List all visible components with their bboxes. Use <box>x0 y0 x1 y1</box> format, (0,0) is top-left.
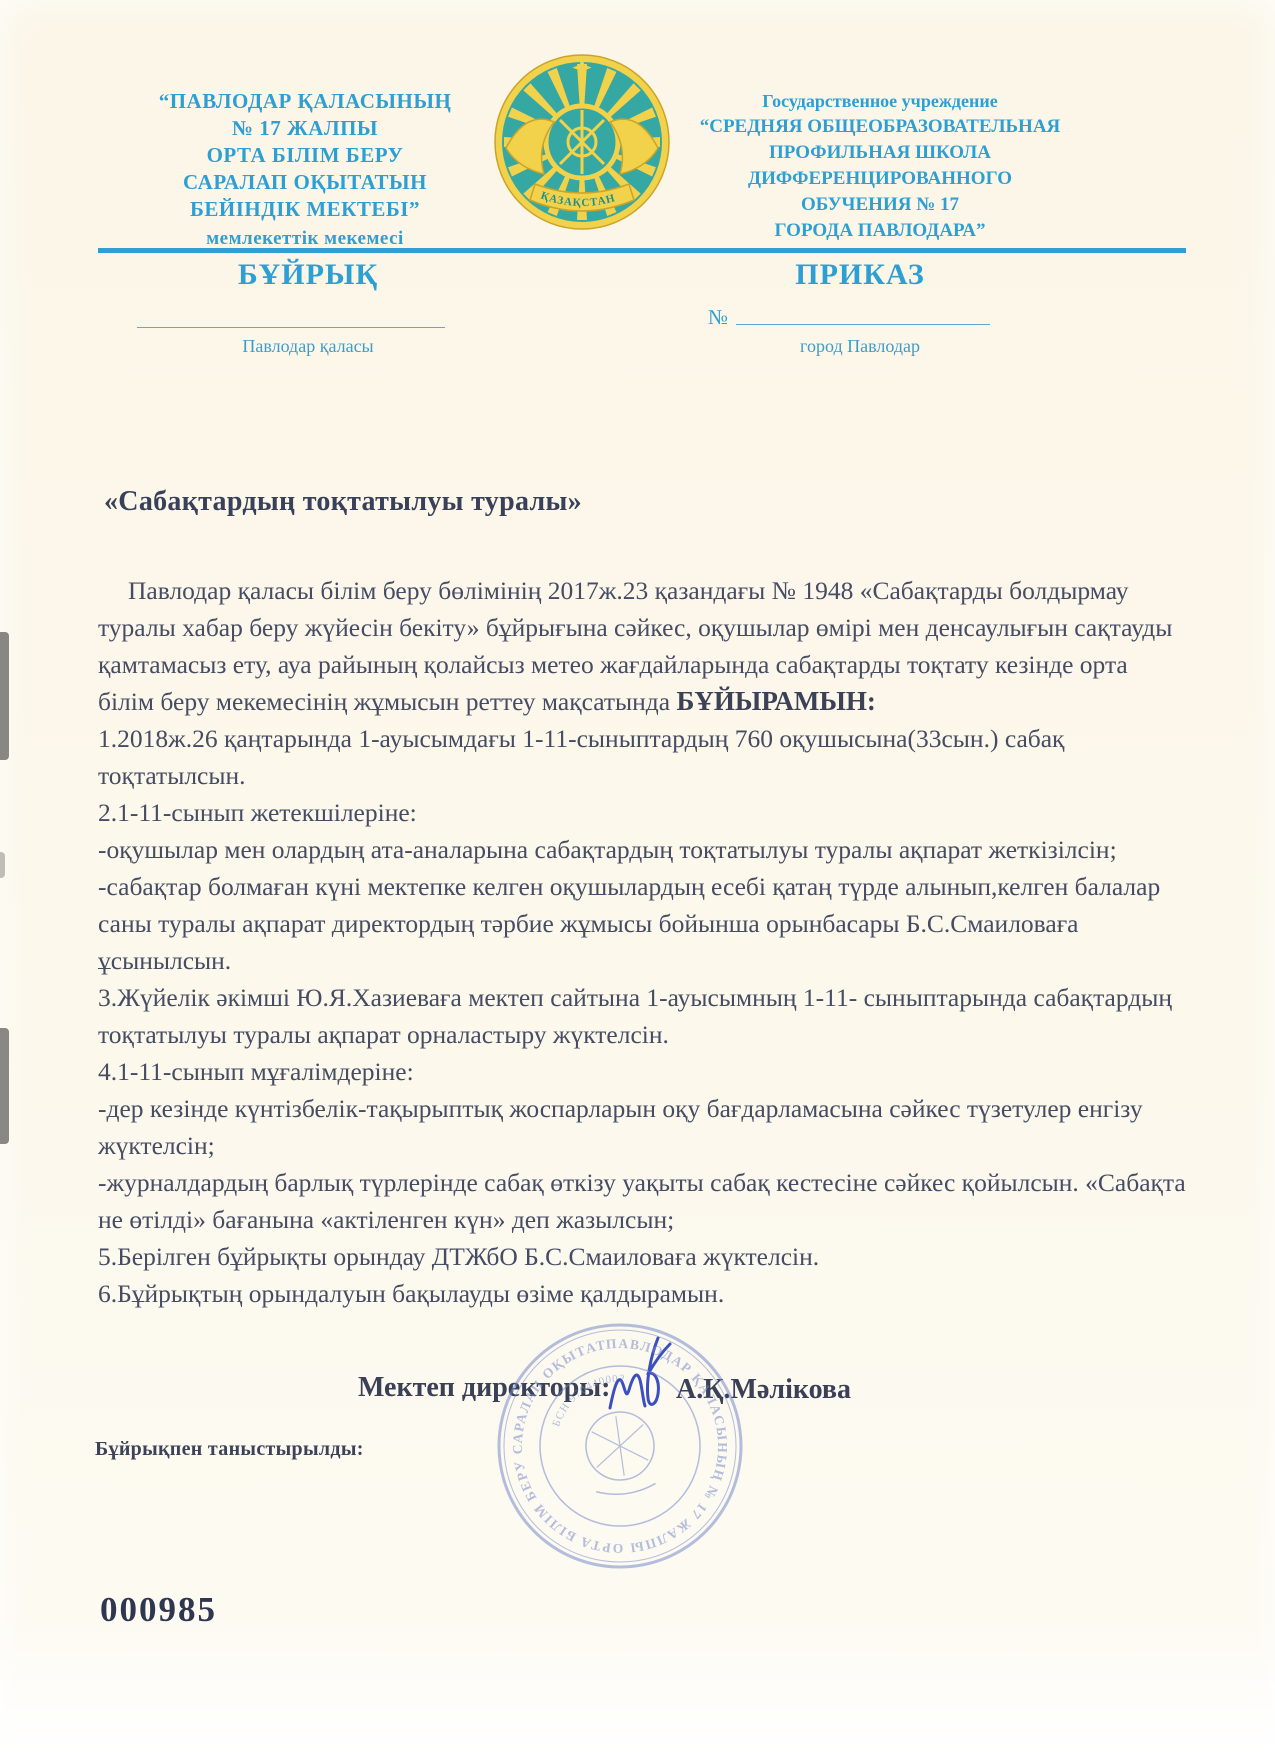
order-item: 4.1-11-сынып мұғалімдеріне: <box>98 1053 1190 1090</box>
letterhead-russian-line: “СРЕДНЯЯ ОБЩЕОБРАЗОВАТЕЛЬНАЯ <box>660 114 1100 140</box>
header-divider <box>98 248 1186 253</box>
signature-label: Мектеп директоры: <box>358 1372 611 1404</box>
order-item: 3.Жүйелік әкімші Ю.Я.Хазиеваға мектеп са… <box>98 979 1190 1053</box>
letterhead-russian-line: ГОРОДА ПАВЛОДАРА” <box>660 218 1100 244</box>
order-item: -журналдардың барлық түрлерінде сабақ өт… <box>98 1164 1190 1238</box>
letterhead-kazakh-line: № 17 ЖАЛПЫ <box>110 115 500 142</box>
document-title: «Сабақтардың тоқтатылуы туралы» <box>104 486 582 518</box>
order-item: 6.Бұйрықтың орындалуын бақылауды өзіме қ… <box>98 1275 1190 1312</box>
letterhead-russian-line: ДИФФЕРЕНЦИРОВАННОГО <box>660 166 1100 192</box>
place-russian: город Павлодар <box>700 336 1020 357</box>
order-item: -сабақтар болмаған күні мектепке келген … <box>98 868 1190 979</box>
order-item: 1.2018ж.26 қаңтарында 1-ауысымдағы 1-11-… <box>98 720 1190 794</box>
signature-row: Мектеп директоры: А.Қ.Мәлікова <box>0 1372 1275 1432</box>
handwritten-signature <box>600 1330 680 1430</box>
order-item: -дер кезінде күнтізбелік-тақырыптық жосп… <box>98 1090 1190 1164</box>
letterhead-kazakh-line: ОРТА БІЛІМ БЕРУ <box>110 142 500 169</box>
form-number: 000985 <box>100 1590 217 1630</box>
intro-directive: БҰЙЫРАМЫН: <box>676 686 875 716</box>
order-number-label: № <box>708 305 728 330</box>
letterhead-russian-line: Государственное учреждение <box>660 88 1100 114</box>
letterhead-russian-line: ПРОФИЛЬНАЯ ШКОЛА <box>660 140 1100 166</box>
order-heading-kazakh: БҰЙРЫҚ <box>98 258 518 292</box>
letterhead-russian: Государственное учреждение “СРЕДНЯЯ ОБЩЕ… <box>660 88 1100 244</box>
director-name: А.Қ.Мәлікова <box>676 1374 851 1406</box>
intro-paragraph: Павлодар қаласы білім беру бөлімінің 201… <box>98 572 1190 720</box>
letterhead-kazakh-line: БЕЙІНДІК МЕКТЕБІ” <box>110 196 500 223</box>
order-item: 2.1-11-сынып жетекшілеріне: <box>98 794 1190 831</box>
acknowledgement-label: Бұйрықпен таныстырылды: <box>95 1438 364 1461</box>
letterhead-russian-line: ОБУЧЕНИЯ № 17 <box>660 192 1100 218</box>
scan-edge-artifact <box>0 632 9 760</box>
letterhead-kazakh-line: “ПАВЛОДАР ҚАЛАСЫНЫҢ <box>110 88 500 115</box>
order-item: 5.Берілген бұйрықты орындау ДТЖбО Б.С.См… <box>98 1238 1190 1275</box>
document-page: “ПАВЛОДАР ҚАЛАСЫНЫҢ № 17 ЖАЛПЫ ОРТА БІЛІ… <box>0 0 1275 1755</box>
order-number-line-right <box>736 324 990 325</box>
letterhead-kazakh-line: САРАЛАП ОҚЫТАТЫН <box>110 169 500 196</box>
kazakhstan-emblem-icon: ҚАЗАҚСТАН <box>492 52 672 232</box>
order-item: -оқушылар мен олардың ата-аналарына саба… <box>98 831 1190 868</box>
order-number-line-left <box>137 327 445 328</box>
scan-edge-artifact <box>0 852 5 878</box>
intro-text: Павлодар қаласы білім беру бөлімінің 201… <box>98 576 1172 716</box>
order-body: Павлодар қаласы білім беру бөлімінің 201… <box>98 572 1190 1312</box>
letterhead-kazakh: “ПАВЛОДАР ҚАЛАСЫНЫҢ № 17 ЖАЛПЫ ОРТА БІЛІ… <box>110 88 500 252</box>
order-heading-russian: ПРИКАЗ <box>700 258 1020 292</box>
scan-edge-artifact <box>0 1028 9 1144</box>
place-kazakh: Павлодар қаласы <box>98 336 518 357</box>
